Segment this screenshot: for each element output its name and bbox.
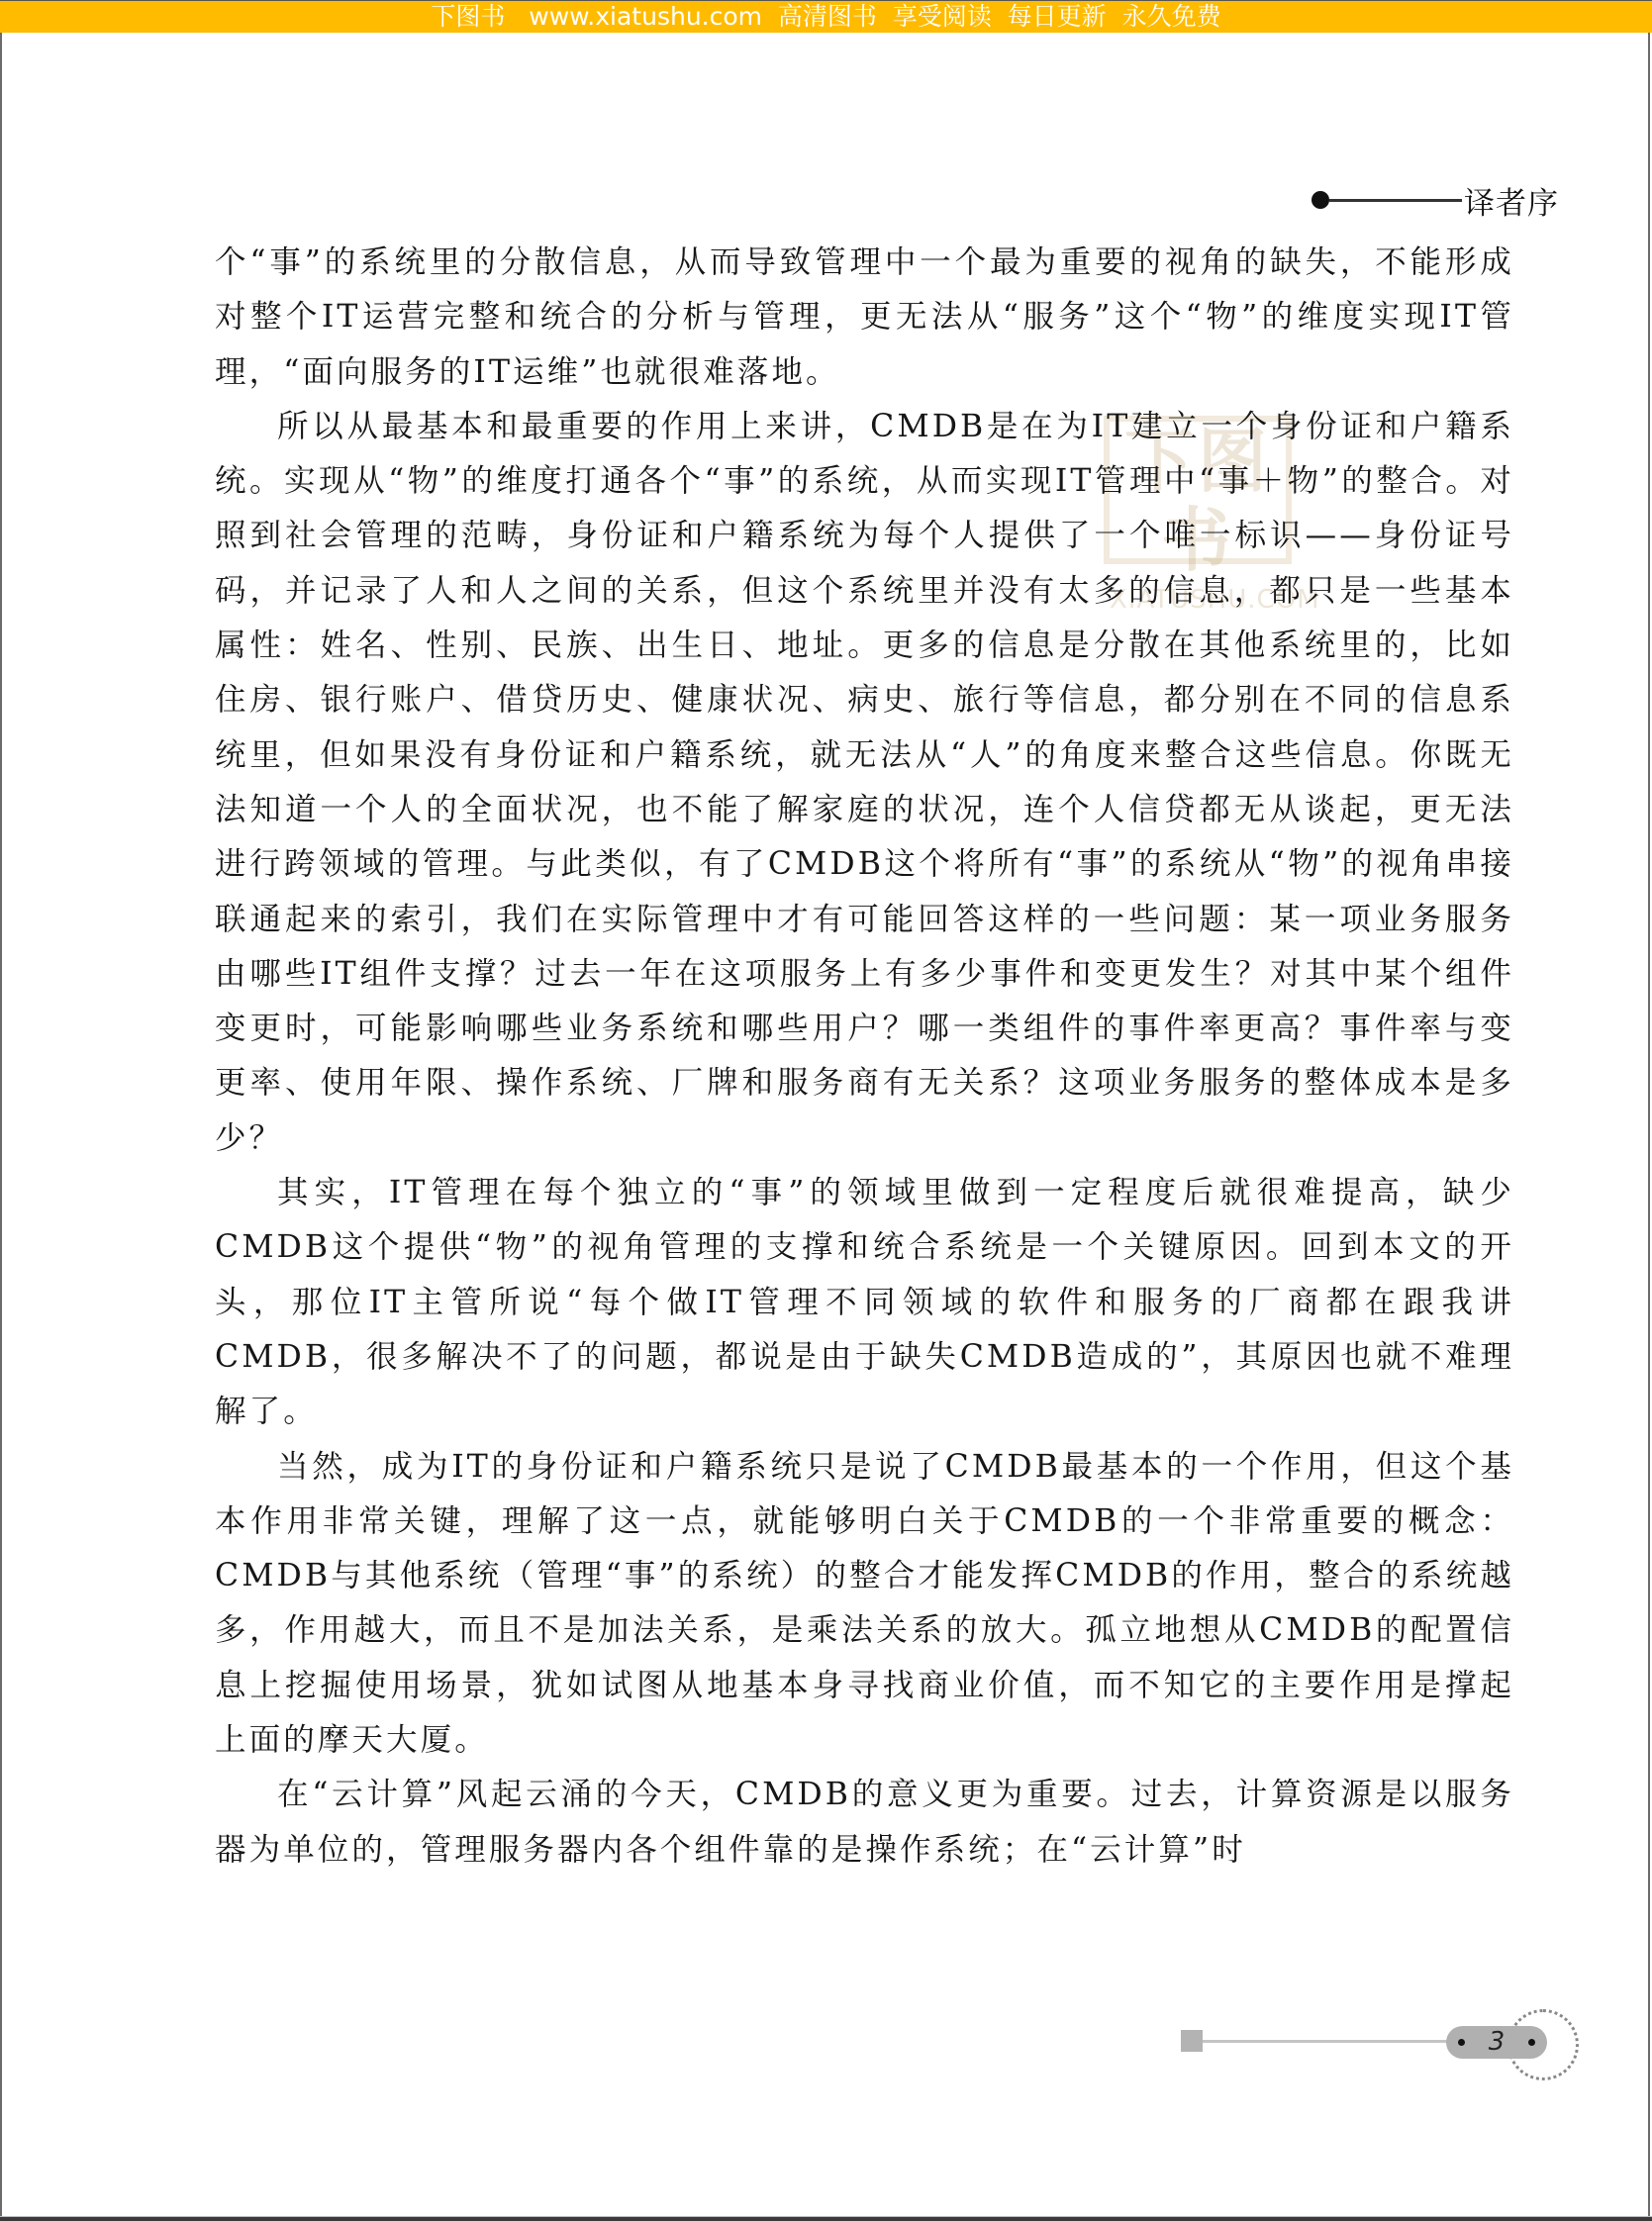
bullet-dot-icon [1458, 2039, 1465, 2046]
folio-rule [1203, 2040, 1448, 2043]
rule-line [1329, 199, 1462, 202]
body-text: 个“事”的系统里的分散信息，从而导致管理中一个最为重要的视角的缺失，不能形成对整… [215, 236, 1514, 1878]
page-number: 3 [1489, 2026, 1506, 2059]
bullet-dot-icon [1312, 191, 1329, 209]
page-number-badge: 3 [1446, 2026, 1547, 2059]
bullet-dot-icon [1528, 2039, 1535, 2046]
folio-square-icon [1181, 2030, 1203, 2052]
paragraph-4: 当然，成为IT的身份证和户籍系统只是说了CMDB最基本的一个作用，但这个基本作用… [215, 1440, 1514, 1769]
paragraph-3: 其实，IT管理在每个独立的“事”的领域里做到一定程度后就很难提高，缺少CMDB这… [215, 1166, 1514, 1439]
page-folio: 3 [1181, 2009, 1577, 2108]
page-bottom-edge [0, 2216, 1652, 2221]
paragraph-2: 所以从最基本和最重要的作用上来讲，CMDB是在为IT建立一个身份证和户籍系统。实… [215, 400, 1514, 1166]
paragraph-5: 在“云计算”风起云涌的今天，CMDB的意义更为重要。过去，计算资源是以服务器为单… [215, 1768, 1514, 1878]
chapter-title: 译者序 [1464, 178, 1559, 223]
running-head: 译者序 [1312, 180, 1559, 220]
paragraph-1: 个“事”的系统里的分散信息，从而导致管理中一个最为重要的视角的缺失，不能形成对整… [215, 236, 1514, 400]
site-banner: 下图书 www.xiatushu.com 高清图书 享受阅读 每日更新 永久免费 [0, 0, 1652, 33]
